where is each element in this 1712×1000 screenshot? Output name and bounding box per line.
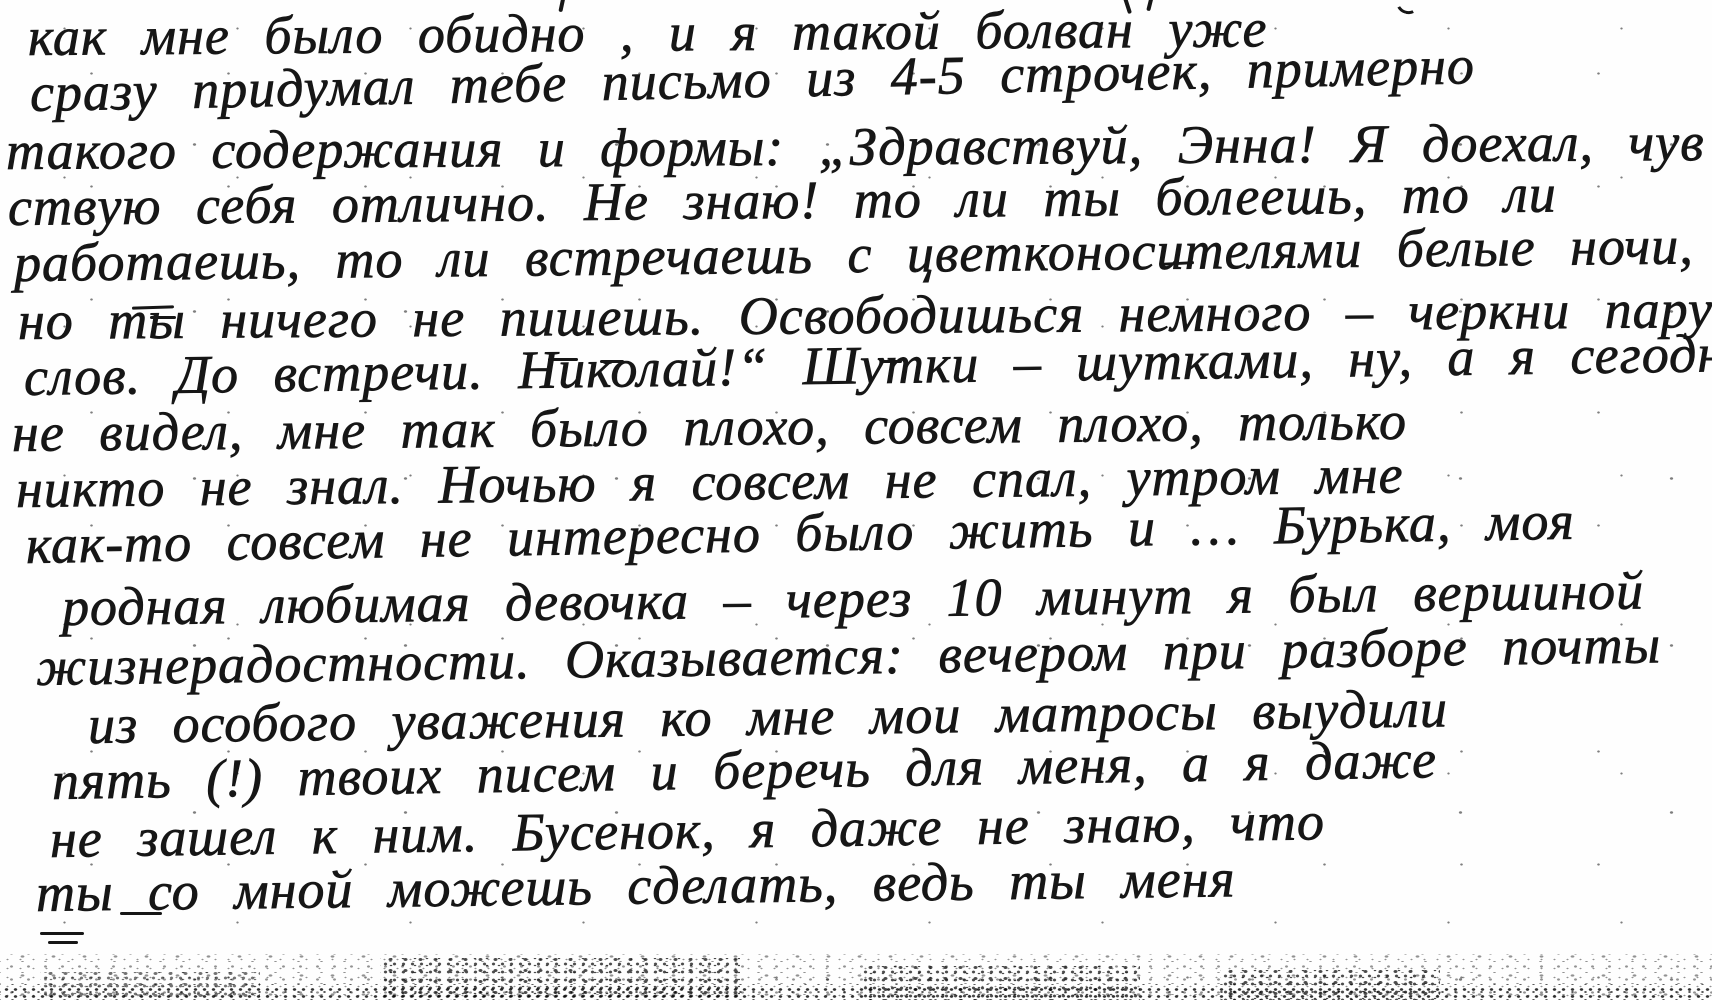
scan-noise-clump bbox=[380, 958, 740, 1000]
cut-line-fragment bbox=[1393, 0, 1423, 17]
scan-noise-clump bbox=[1220, 970, 1440, 1000]
ink-flourish bbox=[548, 358, 578, 361]
ink-flourish bbox=[48, 941, 78, 944]
ink-flourish bbox=[880, 360, 902, 363]
ink-flourish bbox=[120, 912, 162, 915]
scan-noise-edge bbox=[0, 984, 1712, 1000]
ink-flourish bbox=[150, 316, 176, 319]
scan-noise-bottom bbox=[0, 954, 1712, 1000]
ink-flourish bbox=[600, 360, 624, 363]
handwriting-line: ты со мной можешь сделать, ведь ты меня bbox=[36, 851, 1236, 920]
scan-noise-clump bbox=[860, 966, 1140, 1000]
scanned-letter-page: как мне было обидно , и я такой болван у… bbox=[0, 0, 1712, 1000]
ink-flourish bbox=[40, 932, 84, 935]
scan-noise-clump bbox=[40, 972, 260, 1000]
